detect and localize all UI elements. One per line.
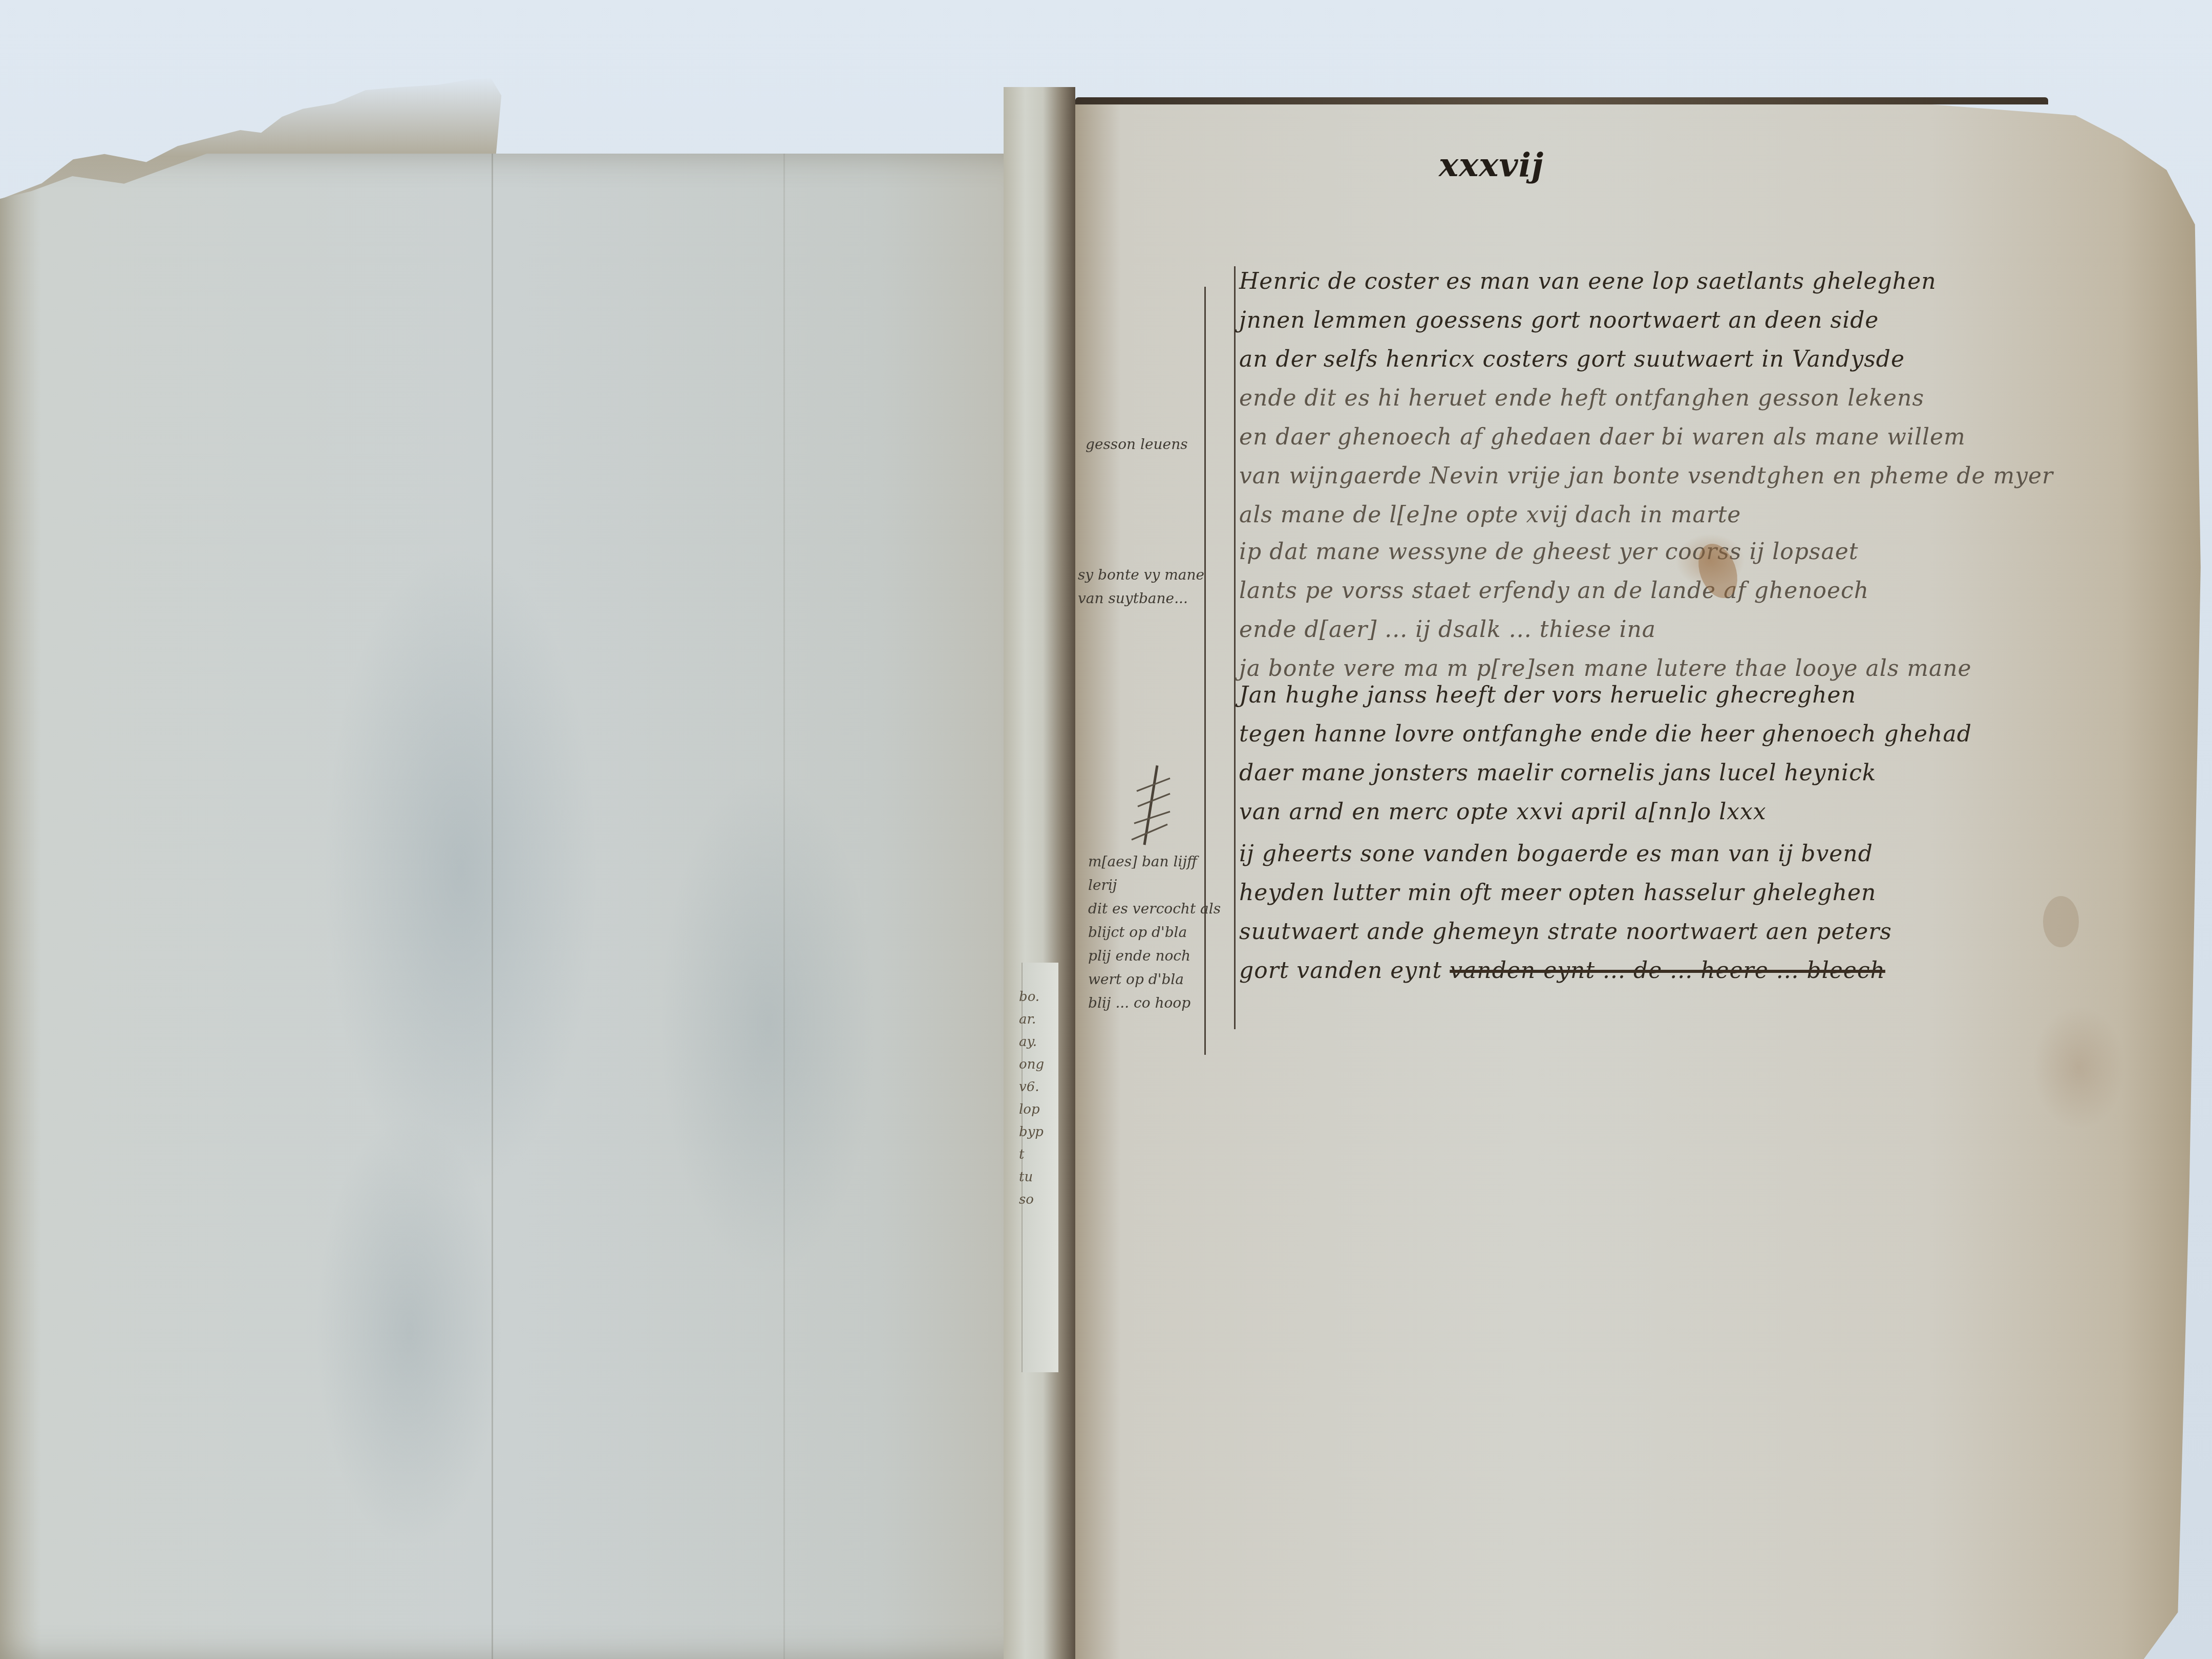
margin-note-line: plij ende noch <box>1088 944 1221 968</box>
stub-notes: bo. ar. ay. ong v6. lop byp t tu so <box>1019 986 1044 1211</box>
margin-rule-line <box>1234 266 1236 1029</box>
stub-note: ar. <box>1019 1008 1044 1031</box>
open-manuscript: bo. ar. ay. ong v6. lop byp t tu so xxxv… <box>0 0 2212 1659</box>
entry-line: tegen hanne lovre ontfanghe ende die hee… <box>1239 715 1972 754</box>
register-entry: Henric de coster es man van eene lop sae… <box>1239 262 2053 535</box>
struck-text: vanden eynt ... de ... heere ... bleech <box>1450 958 1885 984</box>
entry-line: ij gheerts sone vanden bogaerde es man v… <box>1239 835 1892 874</box>
entry-text: gort vanden eynt <box>1239 958 1442 984</box>
margin-note-line: m[aes] ban lijff <box>1088 850 1221 874</box>
tally-mark-icon <box>1126 763 1173 850</box>
left-page-blank <box>0 154 1034 1659</box>
water-stain <box>2043 896 2079 947</box>
entry-line: ende d[aer] ... ij dsalk ... thiese ina <box>1239 610 1972 649</box>
entry-line: lants pe vorss staet erfendy an de lande… <box>1239 571 1972 610</box>
stub-note: t <box>1019 1143 1044 1166</box>
stub-note: lop <box>1019 1098 1044 1121</box>
stub-note: so <box>1019 1188 1044 1211</box>
stub-note: tu <box>1019 1166 1044 1188</box>
fold-crease <box>783 154 785 1659</box>
entry-line: suutwaert ande ghemeyn strate noortwaert… <box>1239 912 1892 951</box>
entry-line: daer mane jonsters maelir cornelis jans … <box>1239 754 1972 793</box>
stub-note: v6. <box>1019 1076 1044 1098</box>
margin-note-line: lerij <box>1088 874 1221 897</box>
page-top-edge <box>1075 97 2048 104</box>
register-entry-faded: ip dat mane wessyne de gheest yer coorss… <box>1239 533 1972 688</box>
margin-note-line: wert op d'bla <box>1088 968 1221 991</box>
register-entry: Jan hughe janss heeft der vors heruelic … <box>1239 676 1972 832</box>
fold-crease <box>492 154 493 1659</box>
entry-line: heyden lutter min oft meer opten hasselu… <box>1239 874 1892 912</box>
entry-line: van arnd en merc opte xxvi april a[nn]o … <box>1239 793 1972 832</box>
entry-line: Henric de coster es man van eene lop sae… <box>1239 262 2053 301</box>
margin-note: gesson leuens <box>1086 433 1188 456</box>
entry-line: van wijngaerde Nevin vrije jan bonte vse… <box>1239 457 2053 496</box>
stub-note: byp <box>1019 1121 1044 1143</box>
margin-note-line: sy bonte vy mane <box>1078 563 1204 587</box>
entry-line: jnnen lemmen goessens gort noortwaert an… <box>1239 301 2053 340</box>
margin-note-line: blij ... co hoop <box>1088 991 1221 1015</box>
margin-note: m[aes] ban lijff lerij dit es vercocht a… <box>1088 850 1221 1015</box>
margin-note-line: van suytbane... <box>1078 587 1204 610</box>
entry-line: en daer ghenoech af ghedaen daer bi ware… <box>1239 418 2053 457</box>
register-entry: ij gheerts sone vanden bogaerde es man v… <box>1239 835 1892 990</box>
margin-note-line: dit es vercocht als <box>1088 897 1221 921</box>
margin-note: sy bonte vy mane van suytbane... <box>1078 563 1204 610</box>
stub-note: ay. <box>1019 1031 1044 1053</box>
stub-note: bo. <box>1019 986 1044 1008</box>
margin-note-line: blijct op d'bla <box>1088 921 1221 944</box>
folio-number: xxxvij <box>1439 146 1544 184</box>
entry-line: Jan hughe janss heeft der vors heruelic … <box>1239 676 1972 715</box>
entry-line: gort vanden eynt vanden eynt ... de ... … <box>1239 951 1892 990</box>
stub-note: ong <box>1019 1053 1044 1076</box>
book-gutter <box>1004 87 1075 1659</box>
entry-line: an der selfs henricx costers gort suutwa… <box>1239 340 2053 379</box>
entry-line: als mane de l[e]ne opte xvij dach in mar… <box>1239 496 2053 535</box>
entry-line: ip dat mane wessyne de gheest yer coorss… <box>1239 533 1972 571</box>
entry-line: ende dit es hi heruet ende heft ontfangh… <box>1239 379 2053 418</box>
